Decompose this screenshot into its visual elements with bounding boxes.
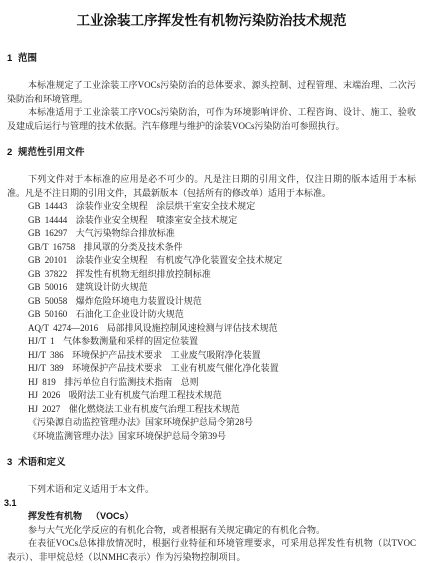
- reference-item: GB 14444 涂装作业安全规程 喷漆室安全技术规定: [28, 214, 416, 228]
- reference-item: HJ 819 排污单位自行监测技术指南 总则: [28, 376, 416, 390]
- reference-item: HJ/T 1 气体参数测量和采样的固定位装置: [28, 335, 416, 349]
- references-intro: 下列文件对于本标准的应用是必不可少的。凡是注日期的引用文件，仅注日期的版本适用于…: [7, 173, 416, 200]
- section-references-heading: 2规范性引用文件: [7, 146, 416, 159]
- reference-item: GB 50016 建筑设计防火规范: [28, 281, 416, 295]
- section-scope-heading: 1范围: [7, 52, 416, 65]
- section-scope: 1范围 本标准规定了工业涂装工序VOCs污染防治的总体要求、源头控制、过程管理、…: [7, 52, 416, 133]
- reference-item: GB 20101 涂装作业安全规程 有机废气净化装置安全技术规定: [28, 254, 416, 268]
- document-page: 工业涂装工序挥发性有机物污染防治技术规范 1范围 本标准规定了工业涂装工序VOC…: [0, 0, 425, 563]
- terms-intro: 下列术语和定义适用于本文件。: [7, 483, 416, 497]
- reference-item: GB 50160 石油化工企业设计防火规范: [28, 308, 416, 322]
- section-terms-heading: 3术语和定义: [7, 456, 416, 469]
- reference-item: 《环境监测管理办法》国家环境保护总局令第39号: [28, 430, 416, 444]
- term-title: 挥发性有机物（VOCs）: [7, 510, 416, 524]
- reference-item: HJ/T 386 环境保护产品技术要求 工业废气吸附净化装置: [28, 349, 416, 363]
- term-definition-2: 在表征VOCs总体排放情况时，根据行业特征和环境管理要求，可采用总挥发性有机物（…: [7, 537, 416, 563]
- reference-item: HJ/T 389 环境保护产品技术要求 工业有机废气催化净化装置: [28, 362, 416, 376]
- references-list: GB 14443 涂装作业安全规程 涂层烘干室安全技术规定 GB 14444 涂…: [7, 200, 416, 443]
- section-heading-text: 范围: [18, 53, 37, 64]
- section-normative-references: 2规范性引用文件 下列文件对于本标准的应用是必不可少的。凡是注日期的引用文件，仅…: [7, 146, 416, 443]
- scope-paragraph-1: 本标准规定了工业涂装工序VOCs污染防治的总体要求、源头控制、过程管理、末端治理…: [7, 79, 416, 106]
- reference-item: 《污染源自动监控管理办法》国家环境保护总局令第28号: [28, 416, 416, 430]
- section-terms: 3术语和定义 下列术语和定义适用于本文件。 3.1 挥发性有机物（VOCs） 参…: [7, 456, 416, 563]
- document-title: 工业涂装工序挥发性有机物污染防治技术规范: [7, 12, 416, 29]
- reference-item: GB 16297 大气污染物综合排放标准: [28, 227, 416, 241]
- term-name: 挥发性有机物: [28, 511, 82, 521]
- term-abbreviation: （VOCs）: [91, 511, 134, 521]
- reference-item: GB 14443 涂装作业安全规程 涂层烘干室安全技术规定: [28, 200, 416, 214]
- section-heading-text: 规范性引用文件: [18, 147, 85, 158]
- reference-item: GB 37822 挥发性有机物无组织排放控制标准: [28, 268, 416, 282]
- reference-item: HJ 2027 催化燃烧法工业有机废气治理工程技术规范: [28, 403, 416, 417]
- reference-item: GB 50058 爆炸危险环境电力装置设计规范: [28, 295, 416, 309]
- reference-item: HJ 2026 吸附法工业有机废气治理工程技术规范: [28, 389, 416, 403]
- reference-item: GB/T 16758 排风罩的分类及技术条件: [28, 241, 416, 255]
- section-heading-text: 术语和定义: [18, 457, 66, 468]
- clause-number: 3.1: [4, 497, 416, 511]
- section-number: 3: [7, 456, 18, 469]
- section-number: 2: [7, 146, 18, 159]
- section-number: 1: [7, 52, 18, 65]
- reference-item: AQ/T 4274—2016 局部排风设施控制风速检测与评估技术规范: [28, 322, 416, 336]
- scope-paragraph-2: 本标准适用于工业涂装工序VOCs污染防治，可作为环境影响评价、工程咨询、设计、施…: [7, 106, 416, 133]
- term-definition-1: 参与大气光化学反应的有机化合物，或者根据有关规定确定的有机化合物。: [7, 524, 416, 538]
